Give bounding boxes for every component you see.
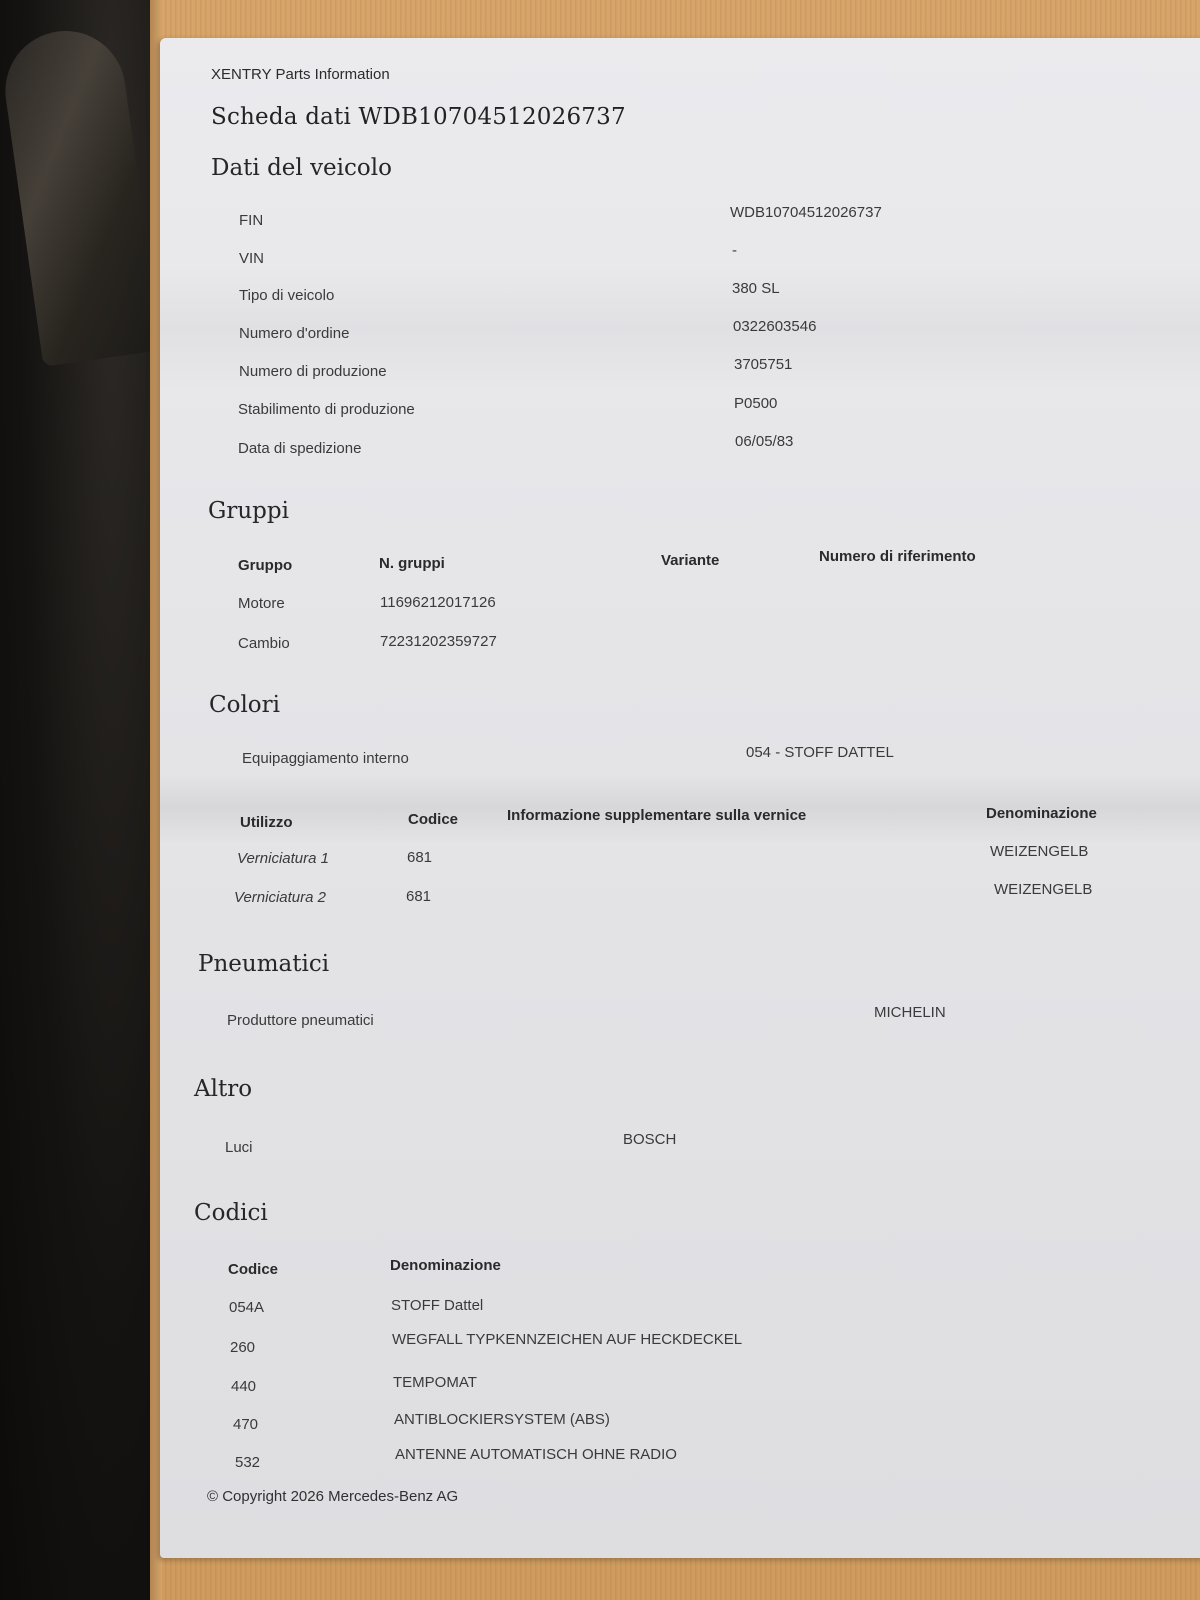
interior-value: 054 - STOFF DATTEL (746, 744, 894, 761)
other-label-lights: Luci (225, 1139, 253, 1156)
section-heading-tires: Pneumatici (198, 951, 329, 977)
paint-col-name: Denominazione (986, 805, 1097, 822)
codes-cell-code: 470 (233, 1416, 258, 1433)
groups-cell-group: Cambio (238, 635, 290, 652)
paint-cell-name: WEIZENGELB (994, 881, 1092, 898)
copyright-footer: © Copyright 2026 Mercedes-Benz AG (207, 1488, 458, 1505)
groups-col-reference: Numero di riferimento (819, 548, 976, 565)
codes-cell-code: 260 (230, 1339, 255, 1356)
paint-cell-usage: Verniciatura 1 (237, 850, 329, 867)
vehicle-value-production-plant: P0500 (734, 395, 777, 412)
vehicle-label-production-plant: Stabilimento di produzione (238, 401, 415, 418)
section-heading-groups: Gruppi (208, 498, 289, 524)
groups-col-number: N. gruppi (379, 555, 445, 572)
groups-col-group: Gruppo (238, 557, 292, 574)
vehicle-value-fin: WDB10704512026737 (730, 204, 882, 221)
vehicle-value-order-number: 0322603546 (733, 318, 816, 335)
groups-cell-group: Motore (238, 595, 285, 612)
groups-cell-number: 72231202359727 (380, 633, 497, 650)
groups-cell-number: 11696212017126 (380, 594, 496, 611)
vehicle-label-order-number: Numero d'ordine (239, 325, 349, 342)
paint-cell-usage: Verniciatura 2 (234, 889, 326, 906)
tires-value-manufacturer: MICHELIN (874, 1004, 946, 1021)
codes-cell-name: TEMPOMAT (393, 1374, 477, 1391)
section-heading-colors: Colori (209, 692, 280, 718)
dark-fabric-background (0, 0, 160, 1600)
vehicle-value-production-number: 3705751 (734, 356, 792, 373)
codes-cell-name: WEGFALL TYPKENNZEICHEN AUF HECKDECKEL (392, 1331, 742, 1348)
tires-label-manufacturer: Produttore pneumatici (227, 1012, 374, 1029)
codes-cell-code: 440 (231, 1378, 256, 1395)
datasheet-content: XENTRY Parts Information Scheda dati WDB… (160, 38, 1200, 1558)
vehicle-label-production-number: Numero di produzione (239, 363, 387, 380)
paint-cell-code: 681 (406, 888, 431, 905)
vehicle-label-fin: FIN (239, 212, 263, 229)
page-title: Scheda dati WDB10704512026737 (211, 104, 626, 130)
codes-cell-name: STOFF Dattel (391, 1297, 483, 1314)
paint-col-code: Codice (408, 811, 458, 828)
codes-cell-code: 532 (235, 1454, 260, 1471)
paint-col-info: Informazione supplementare sulla vernice (507, 807, 806, 824)
vehicle-label-vin: VIN (239, 250, 264, 267)
codes-col-name: Denominazione (390, 1257, 501, 1274)
section-heading-other: Altro (194, 1076, 252, 1102)
codes-cell-name: ANTIBLOCKIERSYSTEM (ABS) (394, 1411, 610, 1428)
paint-cell-name: WEIZENGELB (990, 843, 1088, 860)
vehicle-value-vin: - (732, 242, 737, 259)
section-heading-vehicle-data: Dati del veicolo (211, 155, 392, 181)
vehicle-value-shipping-date: 06/05/83 (735, 433, 793, 450)
vehicle-label-shipping-date: Data di spedizione (238, 440, 361, 457)
codes-col-code: Codice (228, 1261, 278, 1278)
printed-datasheet: XENTRY Parts Information Scheda dati WDB… (160, 38, 1200, 1558)
app-name: XENTRY Parts Information (211, 66, 390, 83)
paint-col-usage: Utilizzo (240, 814, 293, 831)
vehicle-value-type: 380 SL (732, 280, 780, 297)
other-value-lights: BOSCH (623, 1131, 676, 1148)
paint-cell-code: 681 (407, 849, 432, 866)
codes-cell-code: 054A (229, 1299, 264, 1316)
vehicle-label-type: Tipo di veicolo (239, 287, 334, 304)
interior-label: Equipaggiamento interno (242, 750, 409, 767)
section-heading-codes: Codici (194, 1200, 268, 1226)
fabric-fold (0, 23, 162, 366)
photo-scene: XENTRY Parts Information Scheda dati WDB… (0, 0, 1200, 1600)
codes-cell-name: ANTENNE AUTOMATISCH OHNE RADIO (395, 1446, 677, 1463)
groups-col-variant: Variante (661, 552, 719, 569)
